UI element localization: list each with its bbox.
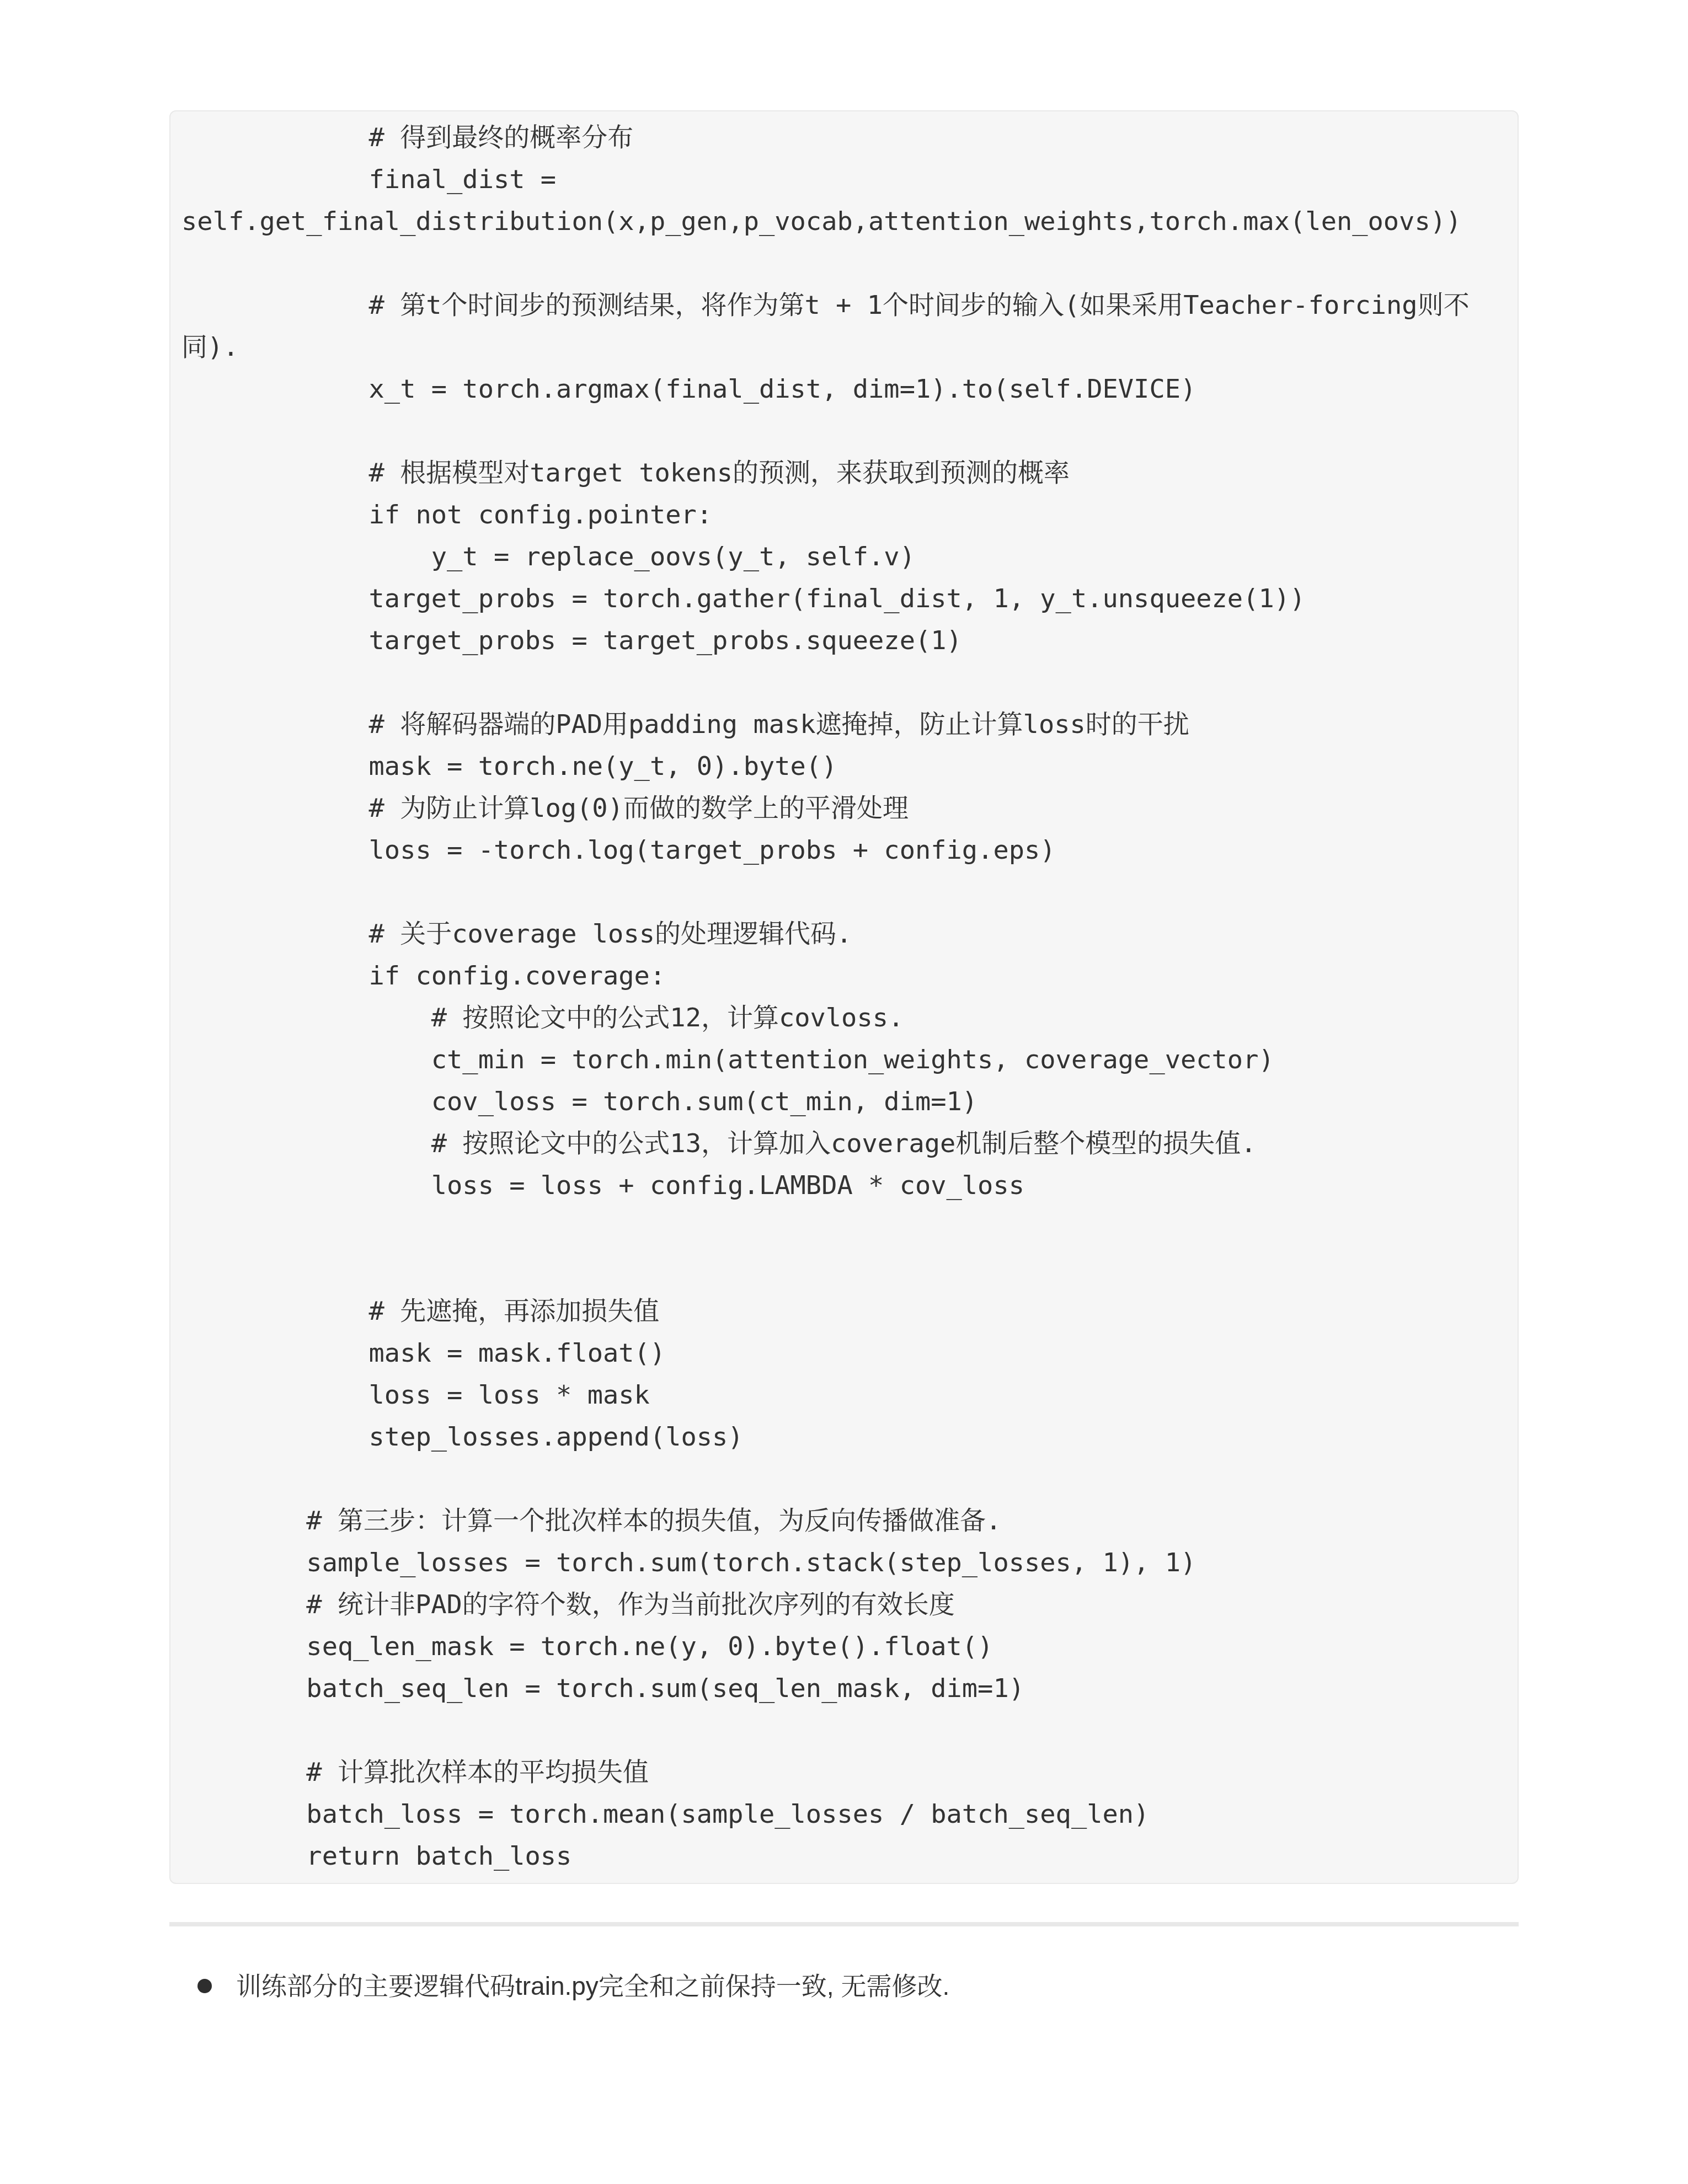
note-text: 训练部分的主要逻辑代码train.py完全和之前保持一致, 无需修改. [236, 1971, 949, 2001]
section-divider [169, 1922, 1519, 1926]
code-content: # 得到最终的概率分布 final_dist = self.get_final_… [181, 122, 1470, 1871]
code-block: # 得到最终的概率分布 final_dist = self.get_final_… [169, 110, 1519, 1884]
bullet-icon [197, 1979, 212, 1993]
article-content: # 得到最终的概率分布 final_dist = self.get_final_… [169, 0, 1519, 2001]
bullet-list-item: 训练部分的主要逻辑代码train.py完全和之前保持一致, 无需修改. [169, 1971, 1519, 2001]
